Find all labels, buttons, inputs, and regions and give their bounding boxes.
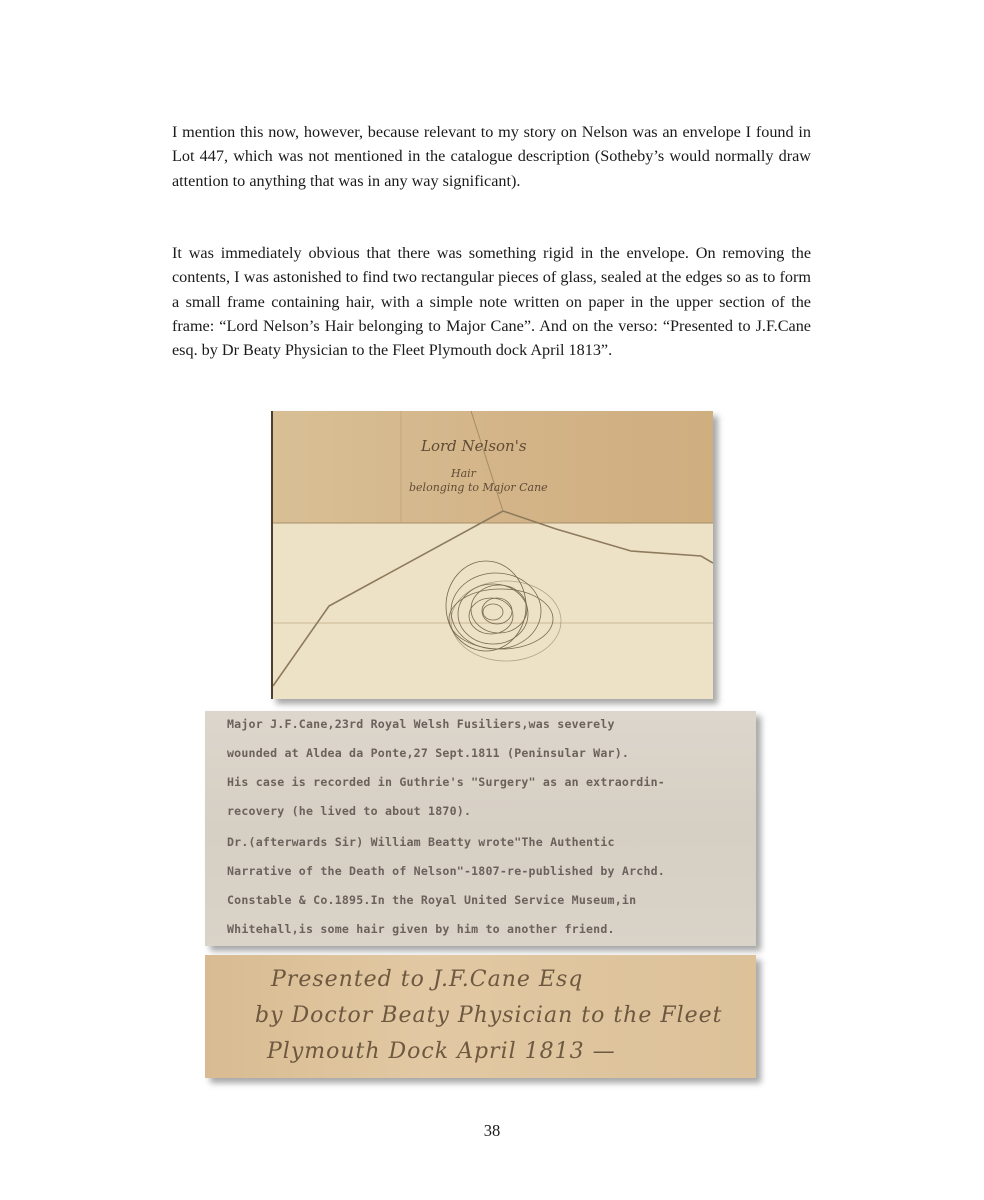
body-paragraph-1: I mention this now, however, because rel… bbox=[172, 120, 811, 193]
handwritten-line: by Doctor Beaty Physician to the Fleet bbox=[255, 1003, 723, 1028]
typed-line: wounded at Aldea da Ponte,27 Sept.1811 (… bbox=[227, 746, 629, 760]
handwritten-verso-photo: Presented to J.F.Cane Esq by Doctor Beat… bbox=[205, 955, 756, 1078]
body-paragraph-2: It was immediately obvious that there wa… bbox=[172, 241, 811, 362]
frame-note-line-3: belonging to Major Cane bbox=[409, 481, 548, 494]
typed-line: Dr.(afterwards Sir) William Beatty wrote… bbox=[227, 835, 615, 849]
typed-line: recovery (he lived to about 1870). bbox=[227, 804, 471, 818]
typed-line: Whitehall,is some hair given by him to a… bbox=[227, 922, 615, 936]
typed-note-photo: Major J.F.Cane,23rd Royal Welsh Fusilier… bbox=[205, 711, 756, 946]
handwritten-line: Plymouth Dock April 1813 — bbox=[267, 1039, 616, 1064]
typed-line: His case is recorded in Guthrie's "Surge… bbox=[227, 775, 665, 789]
hair-frame-photo: Lord Nelson's Hair belonging to Major Ca… bbox=[271, 411, 713, 699]
frame-note-line-2: Hair bbox=[451, 467, 476, 480]
typed-line: Major J.F.Cane,23rd Royal Welsh Fusilier… bbox=[227, 717, 615, 731]
frame-note-line-1: Lord Nelson's bbox=[421, 437, 527, 455]
handwritten-line: Presented to J.F.Cane Esq bbox=[271, 967, 583, 992]
typed-line: Narrative of the Death of Nelson"-1807-r… bbox=[227, 864, 665, 878]
typed-line: Constable & Co.1895.In the Royal United … bbox=[227, 893, 636, 907]
page-number: 38 bbox=[0, 1121, 984, 1141]
